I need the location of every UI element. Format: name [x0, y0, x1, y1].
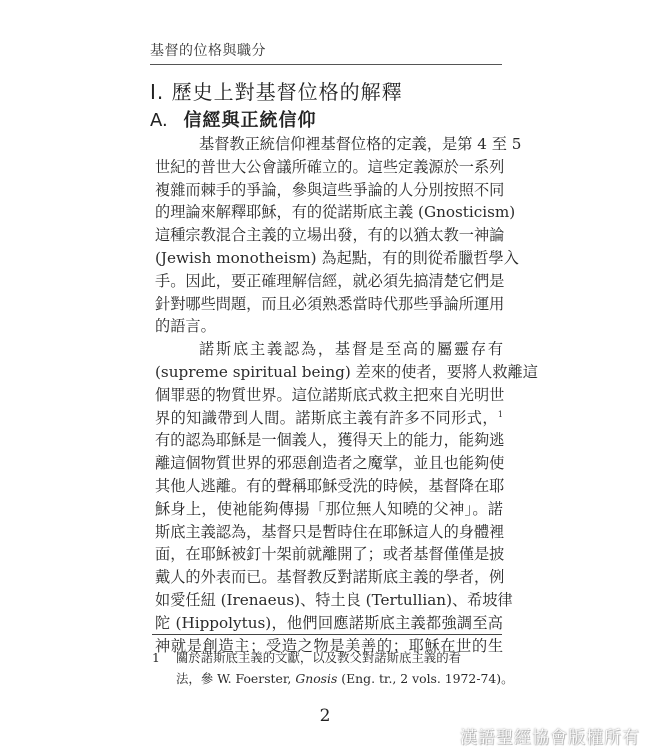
paragraph-line: 這種宗教混合主義的立場出發，有的以猶太教一神論	[155, 224, 503, 247]
paragraph-line: (supreme spiritual being) 差來的使者，要將人救離這	[155, 361, 503, 384]
footnote-line: 法，參 W. Foerster, Gnosis (Eng. tr., 2 vol…	[176, 668, 504, 689]
paragraph-line: 手。因此，要正確理解信經，就必須先搞清楚它們是	[155, 270, 503, 293]
footnote-book-title: Gnosis	[295, 671, 337, 686]
footnote-number: 1	[152, 647, 160, 668]
paragraph-line: 世紀的普世大公會議所確立的。這些定義源於一系列	[155, 156, 503, 179]
chapter-heading: I. 歷史上對基督位格的解釋	[150, 76, 403, 105]
footnote-text: 關於諾斯底主義的文獻，以及教父對諾斯底主義的看 法，參 W. Foerster,…	[176, 647, 504, 689]
header-divider	[150, 64, 502, 65]
paragraph-line: 基督教正統信仰裡基督位格的定義，是第 4 至 5	[155, 133, 503, 156]
paragraph-line: 的語言。	[155, 315, 503, 338]
paragraph-line: 其他人逃離。有的聲稱耶穌受洗的時候，基督降在耶	[155, 475, 503, 498]
footnote-text-post: (Eng. tr., 2 vols. 1972-74)。	[337, 671, 513, 686]
paragraph-line: 穌身上，使祂能夠傳揚「那位無人知曉的父神」。諾	[155, 498, 503, 521]
paragraph-line: 有的認為耶穌是一個義人，獲得天上的能力，能夠逃	[155, 429, 503, 452]
section-heading: A. 信經與正統信仰	[150, 106, 316, 132]
running-head: 基督的位格與職分	[150, 40, 266, 60]
book-page: 基督的位格與職分 I. 歷史上對基督位格的解釋 A. 信經與正統信仰 基督教正統…	[0, 0, 650, 750]
paragraph-line: 斯底主義認為，基督只是暫時住在耶穌這人的身體裡	[155, 521, 503, 544]
paragraph-line: 的理論來解釋耶穌，有的從諾斯底主義 (Gnosticism)	[155, 201, 503, 224]
paragraph-line-text: 界的知識帶到人間。諾斯底主義有許多不同形式，	[155, 409, 498, 427]
paragraph-line: 面，在耶穌被釘十架前就離開了；或者基督僅僅是披	[155, 543, 503, 566]
footnote-line: 關於諾斯底主義的文獻，以及教父對諾斯底主義的看	[176, 647, 504, 668]
footnote-reference[interactable]: 1	[498, 410, 503, 419]
paragraph-line: 如愛任紐 (Irenaeus)、特土良 (Tertullian)、希坡律	[155, 589, 503, 612]
copyright-watermark: 漢語聖經協會版權所有	[460, 723, 640, 748]
paragraph-line: (Jewish monotheism) 為起點，有的則從希臘哲學入	[155, 247, 503, 270]
footnote-divider	[152, 634, 502, 635]
paragraph-line: 複雜而棘手的爭論，參與這些爭論的人分別按照不同	[155, 179, 503, 202]
paragraph-line: 諾斯底主義認為，基督是至高的屬靈存有	[155, 338, 503, 361]
footnote: 1 關於諾斯底主義的文獻，以及教父對諾斯底主義的看 法，參 W. Foerste…	[152, 647, 504, 689]
body-text: 基督教正統信仰裡基督位格的定義，是第 4 至 5 世紀的普世大公會議所確立的。這…	[155, 133, 503, 657]
paragraph-line-with-footnote: 界的知識帶到人間。諾斯底主義有許多不同形式，1	[155, 407, 503, 430]
paragraph-line: 離這個物質世界的邪惡創造者之魔掌，並且也能夠使	[155, 452, 503, 475]
paragraph-line: 個罪惡的物質世界。這位諾斯底式救主把來自光明世	[155, 384, 503, 407]
paragraph-line: 陀 (Hippolytus)，他們回應諾斯底主義都強調至高	[155, 612, 503, 635]
paragraph-line: 戴人的外表而已。基督教反對諾斯底主義的學者，例	[155, 566, 503, 589]
section-title: 信經與正統信仰	[183, 110, 316, 131]
footnote-text-pre: 法，參 W. Foerster,	[176, 671, 295, 686]
section-label: A.	[150, 110, 168, 131]
paragraph-line: 針對哪些問題，而且必須熟悉當時代那些爭論所運用	[155, 293, 503, 316]
